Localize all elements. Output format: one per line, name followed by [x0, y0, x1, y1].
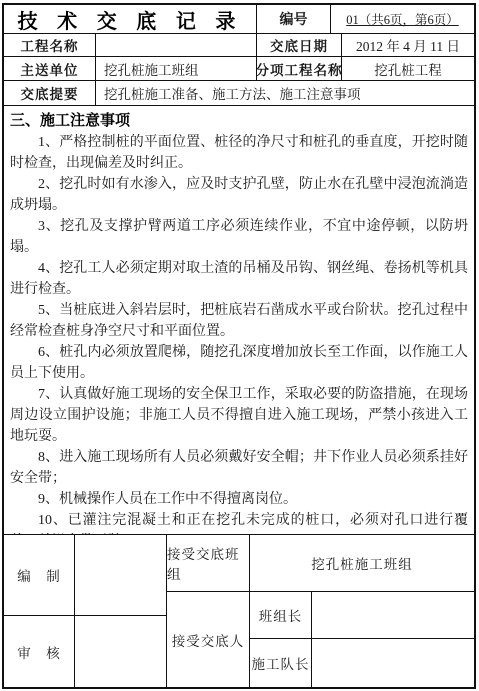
- receiver-label: 接受交底人: [167, 592, 250, 687]
- team-leader-signature-cell: [312, 592, 474, 638]
- notes-item-4: 4、挖孔工人必须定期对取土渣的吊桶及吊钩、钢丝绳、卷扬机等机具进行检查。: [10, 258, 468, 300]
- reviewed-by-label: 审 核: [4, 616, 75, 687]
- notes-item-6: 6、桩孔内必须放置爬梯，随挖孔深度增加放长至工作面，以作施工人员上下使用。: [10, 342, 468, 384]
- notes-item-2: 2、挖孔时如有水渗入，应及时支护孔壁，防止水在孔壁中浸泡流淌造成坍塌。: [10, 174, 468, 216]
- prepared-by-label: 编 制: [4, 535, 75, 616]
- doc-number-value: 01（共6页，第6页）: [346, 10, 459, 28]
- crew-leader-signature-cell: [312, 639, 474, 687]
- receiving-section: 接受交底班组 挖孔桩施工班组 接受交底人 班组长 施工队长: [167, 535, 474, 687]
- main-unit-label: 主送单位: [4, 57, 96, 80]
- team-leader-row: 班组长: [250, 592, 474, 639]
- page-title: 技 术 交 底 记 录: [4, 5, 257, 33]
- project-name-label: 工程名称: [4, 34, 96, 56]
- summary-row: 交底提要 挖孔桩施工准备、施工方法、施工注意事项: [4, 81, 474, 106]
- notes-section: 三、施工注意事项 1、严格控制桩的平面位置、桩径的净尺寸和桩孔的垂直度，开挖时随…: [4, 106, 474, 535]
- reviewed-by-signature-cell: [75, 616, 167, 687]
- notes-item-5: 5、当桩底进入斜岩层时，把桩底岩石凿成水平或台阶状。挖孔过程中经常检查桩身净空尺…: [10, 300, 468, 342]
- doc-number-cell: 01（共6页，第6页）: [331, 5, 474, 33]
- main-unit-value: 挖孔桩施工班组: [96, 57, 257, 80]
- doc-number-label: 编号: [257, 5, 331, 33]
- notes-item-1: 1、严格控制桩的平面位置、桩径的净尺寸和桩孔的垂直度，开挖时随时检查，出现偏差及…: [10, 132, 468, 174]
- prepare-review-labels: 编 制 审 核: [4, 535, 75, 687]
- section-heading: 三、施工注意事项: [10, 109, 468, 130]
- signature-footer: 编 制 审 核 接受交底班组 挖孔桩施工班组 接受交底人 班组长 施工队: [4, 535, 474, 687]
- unit-row: 主送单位 挖孔桩施工班组 分项工程名称 挖孔桩工程: [4, 57, 474, 81]
- crew-leader-row: 施工队长: [250, 639, 474, 687]
- summary-label: 交底提要: [4, 81, 96, 105]
- notes-item-9: 9、机械操作人员在工作中不得擅离岗位。: [10, 489, 468, 510]
- prepare-review-signatures: [75, 535, 167, 687]
- team-leader-label: 班组长: [250, 592, 312, 638]
- disclosure-date-label: 交底日期: [257, 34, 342, 56]
- summary-value: 挖孔桩施工准备、施工方法、施工注意事项: [96, 81, 474, 105]
- sub-project-value: 挖孔桩工程: [342, 57, 474, 80]
- notes-item-7: 7、认真做好施工现场的安全保卫工作，采取必要的防盗措施，在现场周边设立围护设施；…: [10, 384, 468, 447]
- technical-disclosure-form: 技 术 交 底 记 录 编号 01（共6页，第6页） 工程名称 交底日期 201…: [2, 3, 476, 689]
- prepared-by-signature-cell: [75, 535, 167, 616]
- notes-item-10: 10、已灌注完混凝土和正在挖孔未完成的桩口，必须对孔口进行覆盖，并设有警示牌: [10, 510, 468, 535]
- receiving-team-label: 接受交底班组: [167, 535, 250, 591]
- receiver-row: 接受交底人 班组长 施工队长: [167, 592, 474, 687]
- receiver-signatures: 班组长 施工队长: [250, 592, 474, 687]
- project-name-value: [96, 34, 257, 56]
- notes-item-8: 8、进入施工现场所有人员必须戴好安全帽；井下作业人员必须系挂好安全带；: [10, 447, 468, 489]
- sub-project-label: 分项工程名称: [257, 57, 342, 80]
- disclosure-date-value: 2012 年 4 月 11 日: [342, 34, 474, 56]
- crew-leader-label: 施工队长: [250, 639, 312, 687]
- notes-item-3: 3、挖孔及支撑护臂两道工序必须连续作业，不宜中途停顿，以防坍塌。: [10, 216, 468, 258]
- receiving-team-row: 接受交底班组 挖孔桩施工班组: [167, 535, 474, 592]
- receiving-team-value: 挖孔桩施工班组: [250, 535, 474, 591]
- project-row: 工程名称 交底日期 2012 年 4 月 11 日: [4, 34, 474, 57]
- title-row: 技 术 交 底 记 录 编号 01（共6页，第6页）: [4, 5, 474, 34]
